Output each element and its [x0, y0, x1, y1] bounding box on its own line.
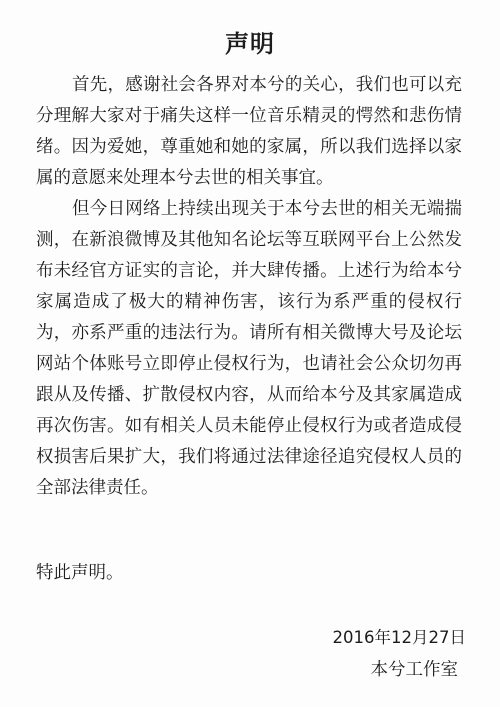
signature: 本兮工作室 — [371, 656, 459, 684]
statement-body: 首先，感谢社会各界对本兮的关心，我们也可以充分理解大家对于痛失这样一位音乐精灵的… — [36, 70, 462, 504]
paragraph-legal-warning: 但今日网络上持续出现关于本兮去世的相关无端揣测，在新浪微博及其他知名论坛等互联网… — [36, 194, 462, 504]
closing-line: 特此声明。 — [36, 558, 124, 589]
statement-title: 声明 — [0, 28, 500, 60]
statement-date: 2016年12月27日 — [333, 625, 466, 651]
paragraph-gratitude: 首先，感谢社会各界对本兮的关心，我们也可以充分理解大家对于痛失这样一位音乐精灵的… — [36, 70, 462, 194]
statement-page: 声明 首先，感谢社会各界对本兮的关心，我们也可以充分理解大家对于痛失这样一位音乐… — [0, 0, 500, 707]
